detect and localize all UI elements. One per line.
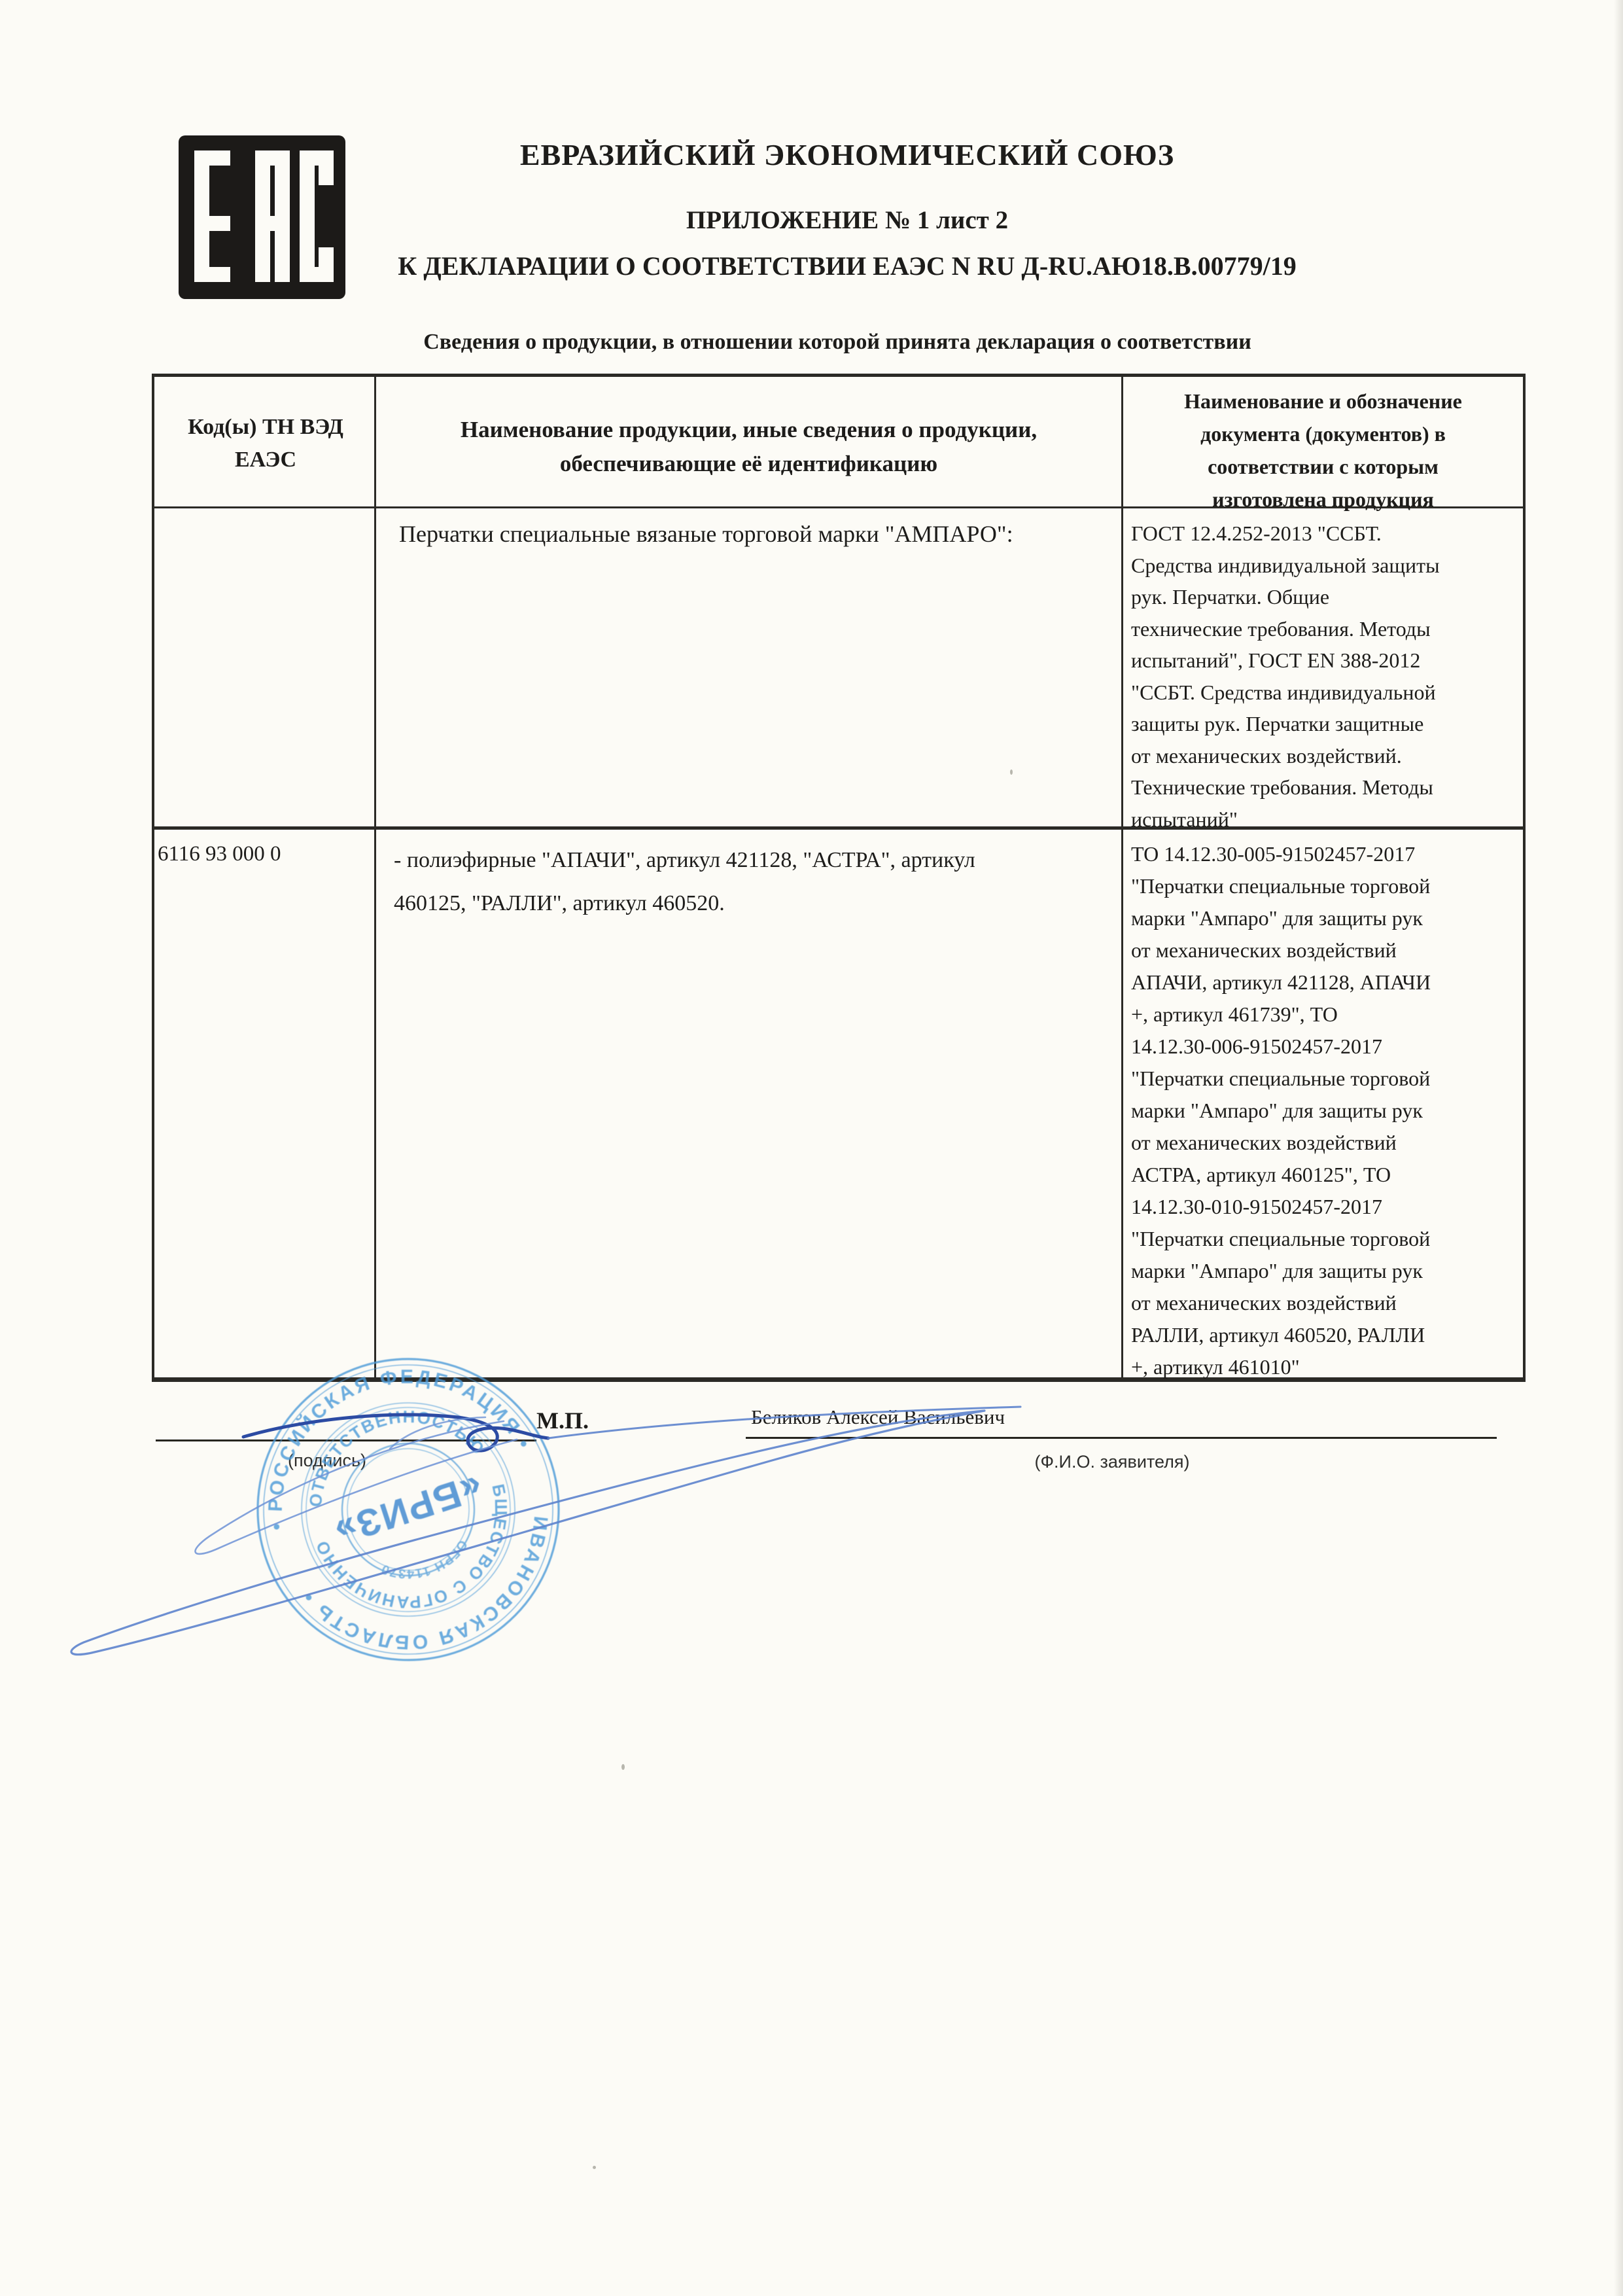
table-row-documents: ТО 14.12.30-005-91502457-2017 "Перчатки …: [1123, 830, 1521, 1383]
header-document-column: Наименование и обозначение документа (до…: [1123, 377, 1523, 508]
table-caption: Сведения о продукции, в отношении которо…: [131, 330, 1544, 355]
scanned-declaration-page: ЕВРАЗИЙСКИЙ ЭКОНОМИЧЕСКИЙ СОЮЗ ПРИЛОЖЕНИ…: [0, 0, 1623, 2296]
annex-line: ПРИЛОЖЕНИЕ № 1 лист 2: [131, 205, 1563, 235]
declaration-number: К ДЕКЛАРАЦИИ О СООТВЕТСТВИИ ЕАЭС N RU Д-…: [131, 251, 1563, 281]
header-product-column: Наименование продукции, иные сведения о …: [376, 377, 1121, 508]
table-row-documents: ГОСТ 12.4.252-2013 "ССБТ. Средства индив…: [1123, 508, 1521, 835]
scan-speck: [1010, 769, 1013, 775]
products-table: Код(ы) ТН ВЭД ЕАЭС Наименование продукци…: [152, 374, 1526, 1382]
scan-speck: [621, 1764, 625, 1770]
header-code-column: Код(ы) ТН ВЭД ЕАЭС: [157, 377, 374, 508]
applicant-name-line: [746, 1437, 1497, 1439]
company-stamp: ИВАНОВСКАЯ ОБЛАСТЬ • • РОССИЙСКАЯ ФЕДЕРА…: [245, 1346, 572, 1673]
applicant-label: (Ф.И.О. заявителя): [1001, 1452, 1223, 1472]
table-row-product: Перчатки специальные вязаные торговой ма…: [387, 508, 1120, 550]
applicant-name: Беликов Алексей Васильевич: [751, 1405, 1340, 1429]
stamp-center-text: «БРИЗ»: [328, 1465, 488, 1553]
scan-speck: [593, 2166, 596, 2169]
table-column-divider-1: [374, 377, 376, 1377]
table-row-product: - полиэфирные "АПАЧИ", артикул 421128, "…: [387, 830, 1120, 925]
table-row-code: 6116 93 000 0: [154, 830, 373, 869]
union-title: ЕВРАЗИЙСКИЙ ЭКОНОМИЧЕСКИЙ СОЮЗ: [131, 137, 1563, 172]
